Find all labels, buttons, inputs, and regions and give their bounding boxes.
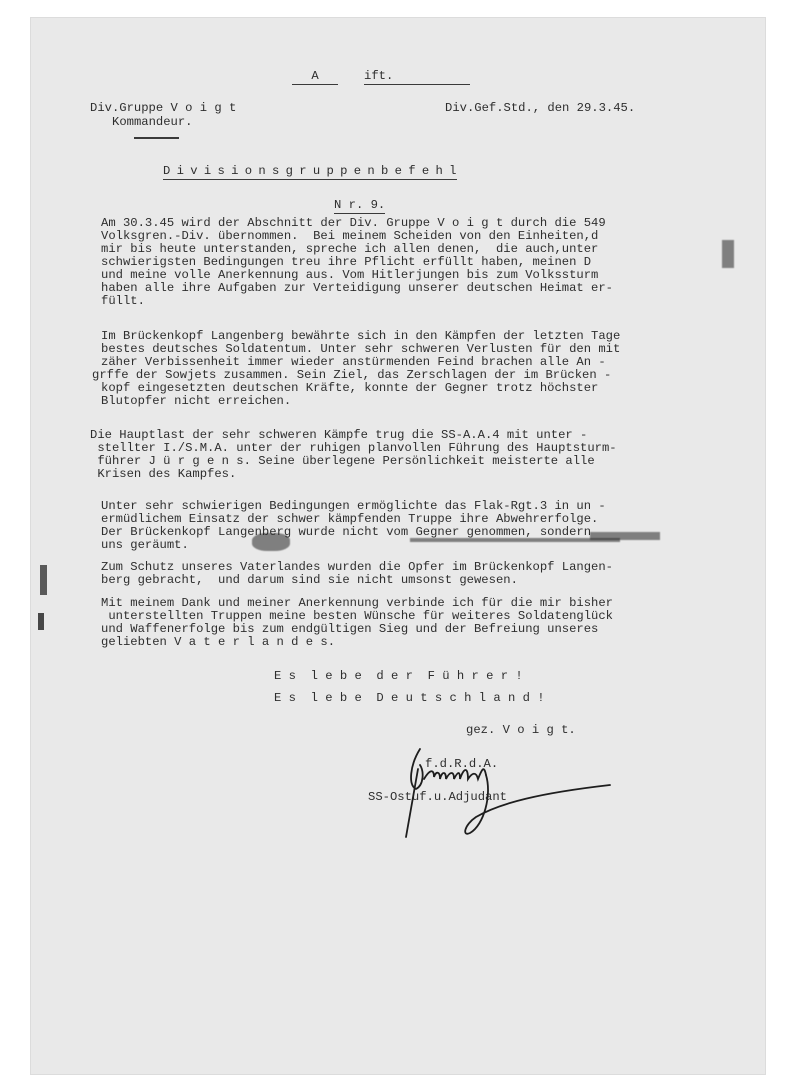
header-fragment-left: A <box>292 70 338 85</box>
paper-tear <box>410 538 620 542</box>
text-line: Blutopfer nicht erreichen. <box>101 395 291 408</box>
text-line: Krisen des Kampfes. <box>90 468 236 481</box>
text-line: geliebten V a t e r l a n d e s. <box>101 636 335 649</box>
sender-role: Kommandeur. <box>112 116 192 129</box>
place-date: Div.Gef.Std., den 29.3.45. <box>445 102 635 115</box>
paper-damage <box>252 533 290 551</box>
margin-mark <box>722 240 734 268</box>
margin-mark <box>40 565 47 595</box>
handwritten-signature <box>380 745 620 845</box>
text-line: uns geräumt. <box>101 539 189 552</box>
margin-mark <box>38 613 44 630</box>
document-title: D i v i s i o n s g r u p p e n b e f e … <box>163 165 457 180</box>
text-line: haben alle ihre Aufgaben zur Verteidigun… <box>101 282 613 295</box>
signed-by: gez. V o i g t. <box>466 724 576 737</box>
closing-line-2: E s l e b e D e u t s c h l a n d ! <box>274 692 545 705</box>
order-number: N r. 9. <box>334 199 385 214</box>
text-line: füllt. <box>101 295 145 308</box>
sender-underline <box>134 137 179 139</box>
sender-unit: Div.Gruppe V o i g t <box>90 102 236 115</box>
closing-line-1: E s l e b e d e r F ü h r e r ! <box>274 670 523 683</box>
text-line: berg gebracht, und darum sind sie nicht … <box>101 574 518 587</box>
paper-tear <box>590 532 660 540</box>
header-fragment-right: ift. <box>364 70 470 85</box>
